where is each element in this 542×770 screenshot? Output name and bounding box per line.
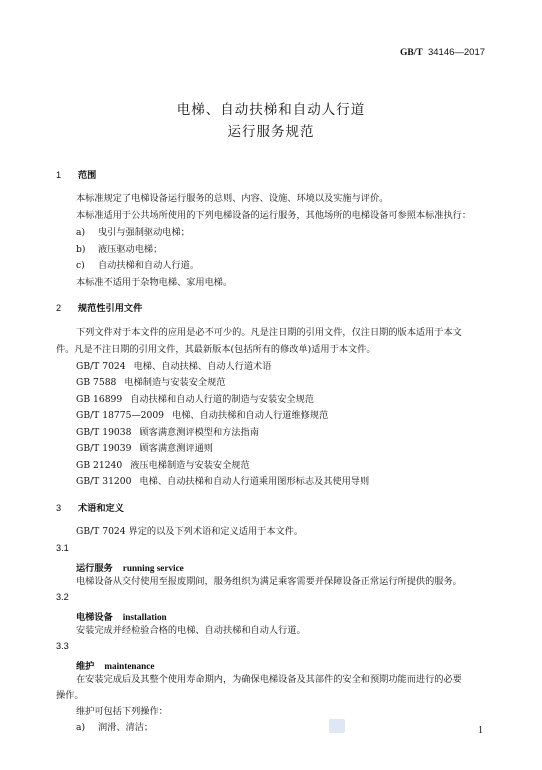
publisher-logo-icon [329,719,345,733]
term-heading: 运行服务running service [76,560,184,574]
term-definition: 电梯设备从交付使用至报废期间，服务组织为满足乘客需要并保障设备正常运行所提供的服… [76,576,462,588]
section-3-heading: 3术语和定义 [56,500,124,514]
standard-number: 34146—2017 [428,47,485,58]
document-title-line1: 电梯、自动扶梯和自动人行道 [0,98,542,118]
section-3-intro: GB/T 7024 界定的以及下列术语和定义适用于本文件。 [76,526,303,538]
section-2-intro: 件。凡是不注日期的引用文件，其最新版本(包括所有的修改单)适用于本文件。 [56,344,376,356]
standard-prefix: GB/T [400,48,423,58]
term-definition: 操作。 [56,690,84,702]
section-1-heading: 1范围 [56,167,96,181]
term-definition: 在安装完成后及其整个使用寿命期内，为确保电梯设备及其部件的安全和预期功能而进行的… [76,674,462,686]
term-note: 维护可包括下列操作： [76,706,168,718]
list-item: a)曳引与强制驱动电梯； [76,227,190,239]
section-1-paragraph: 本标准规定了电梯设备运行服务的总则、内容、设施、环境以及实施与评价。 [76,193,388,205]
section-2-heading: 2规范性引用文件 [56,300,142,314]
reference-item: GB/T 7024电梯、自动扶梯、自动人行道术语 [76,361,271,373]
reference-item: GB/T 31200电梯、自动扶梯和自动人行道乘用图形标志及其使用导则 [76,476,369,488]
list-item: c)自动扶梯和自动人行道。 [76,260,199,272]
section-1-paragraph: 本标准适用于公共场所使用的下列电梯设备的运行服务，其他场所的电梯设备可参照本标准… [76,210,471,222]
reference-item: GB/T 19039顾客满意测评通则 [76,443,213,455]
term-number: 3.3 [56,641,69,651]
document-title-line2: 运行服务规范 [0,120,542,140]
standard-code: GB/T 34146—2017 [400,47,485,58]
term-number: 3.1 [56,543,69,553]
reference-item: GB/T 19038顾客满意测评模型和方法指南 [76,427,259,439]
term-heading: 电梯设备installation [76,609,167,623]
reference-item: GB 7588电梯制造与安装安全规范 [76,377,225,389]
term-number: 3.2 [56,592,69,602]
term-definition: 安装完成并经检验合格的电梯、自动扶梯和自动人行道。 [76,625,306,637]
reference-item: GB/T 18775—2009电梯、自动扶梯和自动人行道维修规范 [76,410,328,422]
section-2-intro: 下列文件对于本文件的应用是必不可少的。凡是注日期的引用文件，仅注日期的版本适用于… [76,327,462,339]
reference-item: GB 21240液压电梯制造与安装安全规范 [76,460,250,472]
page-number: 1 [478,725,483,736]
term-heading: 维护maintenance [76,658,154,672]
section-1-closing: 本标准不适用于杂物电梯、家用电梯。 [76,277,232,289]
reference-item: GB 16899自动扶梯和自动人行道的制造与安装安全规范 [76,394,314,406]
list-item: b)液压驱动电梯； [76,244,162,256]
list-item: a)润滑、清洁； [76,722,153,734]
